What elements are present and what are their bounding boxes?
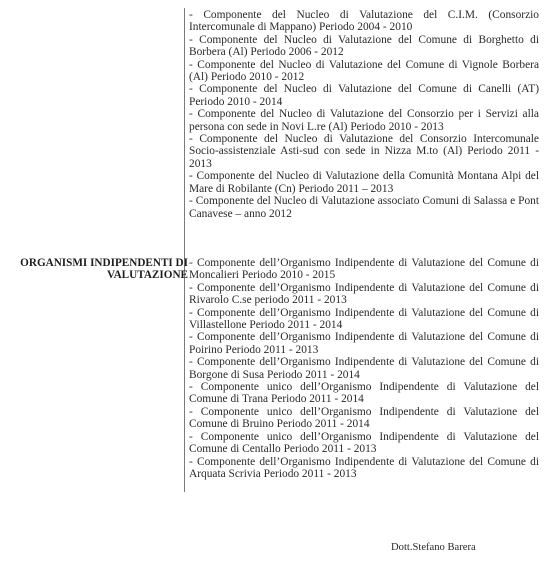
section-heading-line-1: ORGANISMI INDIPENDENTI DI: [8, 257, 188, 269]
list-item: - Componente dell’Organismo Indipendente…: [189, 331, 539, 356]
list-item: - Componente dell’Organismo Indipendente…: [189, 282, 539, 307]
list-item: - Componente dell’Organismo Indipendente…: [189, 356, 539, 381]
section-heading-line-2: VALUTAZIONE: [8, 269, 188, 281]
list-item: - Componente del Nucleo di Valutazione d…: [189, 9, 539, 34]
list-item: - Componente del Nucleo di Valutazione d…: [189, 59, 539, 84]
list-item: - Componente del Nucleo di Valutazione a…: [189, 195, 539, 220]
list-item: - Componente unico dell’Organismo Indipe…: [189, 406, 539, 431]
nuclei-valutazione-list: - Componente del Nucleo di Valutazione d…: [189, 9, 539, 220]
list-item: - Componente dell’Organismo Indipendente…: [189, 257, 539, 282]
section-heading-oiv: ORGANISMI INDIPENDENTI DI VALUTAZIONE: [8, 257, 188, 282]
list-item: - Componente del Nucleo di Valutazione d…: [189, 83, 539, 108]
signature: Dott.Stefano Barera: [391, 542, 476, 553]
list-item: - Componente dell’Organismo Indipendente…: [189, 307, 539, 332]
list-item: - Componente del Nucleo di Valutazione d…: [189, 170, 539, 195]
list-item: - Componente del Nucleo di Valutazione d…: [189, 34, 539, 59]
list-item: - Componente del Nucleo di Valutazione d…: [189, 133, 539, 170]
oiv-list: - Componente dell’Organismo Indipendente…: [189, 257, 539, 480]
list-item: - Componente unico dell’Organismo Indipe…: [189, 381, 539, 406]
list-item: - Componente del Nucleo di Valutazione d…: [189, 108, 539, 133]
list-item: - Componente unico dell’Organismo Indipe…: [189, 431, 539, 456]
list-item: - Componente dell’Organismo Indipendente…: [189, 456, 539, 481]
table-column-divider: [184, 8, 185, 492]
